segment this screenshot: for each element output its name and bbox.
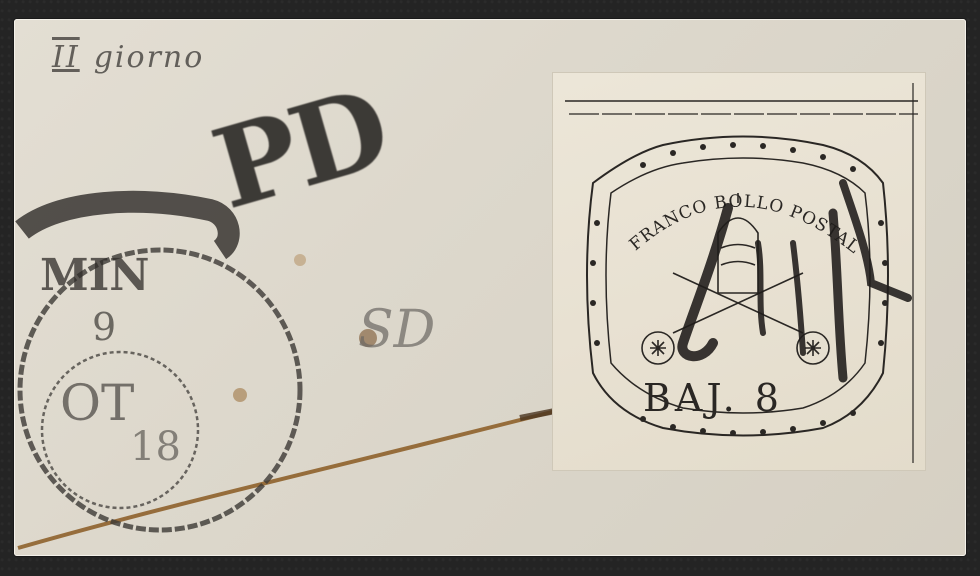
postmark-town-text: MIN [40, 250, 150, 301]
postmark-date-year: 18 [130, 424, 181, 470]
stamp-design: FRANCO BOLLO POSTALE BAJ. 8 [553, 73, 925, 470]
postage-stamp: FRANCO BOLLO POSTALE BAJ. 8 [553, 73, 925, 470]
stamp-value: BAJ. 8 [643, 376, 783, 420]
postmark-date-day: 9 [92, 305, 116, 349]
pencil-marking: SD [358, 300, 435, 360]
postmark-date-month: OT [60, 374, 134, 432]
